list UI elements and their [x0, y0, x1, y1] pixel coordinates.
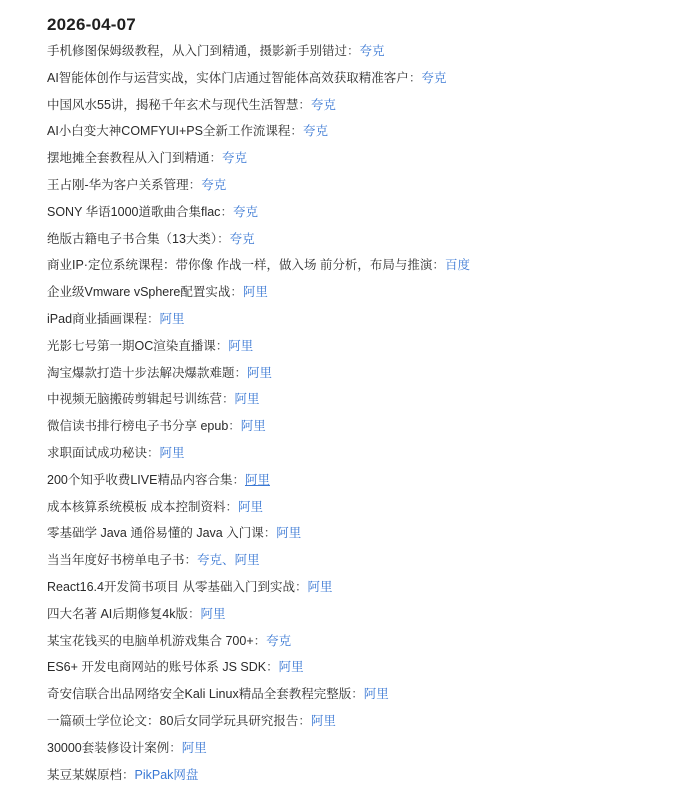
resource-title: 手机修图保姆级教程，从入门到精通，摄影新手别错过 [47, 44, 347, 58]
list-item: 中视频无脑搬砖剪辑起号训练营：阿里 [47, 386, 691, 413]
separator: ： [188, 607, 201, 621]
list-item: 手机修图保姆级教程，从入门到精通，摄影新手别错过：夸克 [47, 38, 691, 65]
separator: ： [347, 44, 360, 58]
separator: ： [266, 660, 279, 674]
resource-title: 光影七号第一期OC渲染直播课 [47, 339, 216, 353]
list-item: SONY 华语1000道歌曲合集flac：夸克 [47, 199, 691, 226]
list-item: 中国风水55讲，揭秘千年玄术与现代生活智慧：夸克 [47, 92, 691, 119]
resource-title: 某豆某媒原档 [47, 768, 122, 782]
list-item: 当当年度好书榜单电子书：夸克、阿里 [47, 547, 691, 574]
download-link[interactable]: 阿里 [160, 446, 185, 460]
resource-title: 绝版古籍电子书合集（13大类） [47, 232, 217, 246]
resource-title: AI智能体创作与运营实战，实体门店通过智能体高效获取精准客户 [47, 71, 409, 85]
separator: ： [432, 258, 445, 272]
separator: ： [122, 768, 135, 782]
resource-title: AI小白变大神COMFYUI+PS全新工作流课程 [47, 124, 290, 138]
separator: ： [264, 526, 277, 540]
resource-title: SONY 华语1000道歌曲合集flac [47, 205, 220, 219]
download-link[interactable]: 阿里 [201, 607, 226, 621]
separator: ： [217, 232, 230, 246]
resource-title: 一篇硕士学位论文：80后女同学玩具研究报告 [47, 714, 298, 728]
separator: ： [409, 71, 422, 85]
separator: ： [222, 392, 235, 406]
list-item: 成本核算系统模板 成本控制资料：阿里 [47, 494, 691, 521]
download-link[interactable]: 夸克 [421, 71, 446, 85]
download-link[interactable]: 阿里 [235, 392, 260, 406]
resource-title: 成本核算系统模板 成本控制资料 [47, 500, 225, 514]
separator: ： [210, 151, 223, 165]
download-link[interactable]: 阿里 [160, 312, 185, 326]
resource-title: 企业级Vmware vSphere配置实战 [47, 285, 230, 299]
download-link[interactable]: 阿里 [238, 500, 263, 514]
list-item: AI智能体创作与运营实战，实体门店通过智能体高效获取精准客户：夸克 [47, 65, 691, 92]
download-link[interactable]: 阿里 [311, 714, 336, 728]
download-link[interactable]: PikPak网盘 [135, 768, 199, 782]
list-item: 绝版古籍电子书合集（13大类）：夸克 [47, 226, 691, 253]
link-joiner: 、 [222, 553, 235, 567]
separator: ： [235, 366, 248, 380]
resource-title: 零基础学 Java 通俗易懂的 Java 入门课 [47, 526, 264, 540]
download-link[interactable]: 阿里 [241, 419, 266, 433]
date-heading: 2026-04-07 [47, 12, 691, 38]
resource-title: React16.4开发简书项目 从零基础入门到实战 [47, 580, 295, 594]
separator: ： [220, 205, 233, 219]
resource-title: 200个知乎收费LIVE精品内容合集 [47, 473, 232, 487]
resource-list: 手机修图保姆级教程，从入门到精通，摄影新手别错过：夸克AI智能体创作与运营实战，… [47, 38, 691, 788]
list-item: 200个知乎收费LIVE精品内容合集：阿里 [47, 467, 691, 494]
list-item: 企业级Vmware vSphere配置实战：阿里 [47, 279, 691, 306]
resource-title: 微信读书排行榜电子书分享 epub [47, 419, 228, 433]
list-item: 零基础学 Java 通俗易懂的 Java 入门课：阿里 [47, 520, 691, 547]
resource-title: 求职面试成功秘诀 [47, 446, 147, 460]
separator: ： [295, 580, 308, 594]
download-link[interactable]: 阿里 [245, 473, 270, 487]
download-link[interactable]: 夸克 [201, 178, 226, 192]
separator: ： [298, 714, 311, 728]
list-item: 淘宝爆款打造十步法解决爆款难题：阿里 [47, 360, 691, 387]
separator: ： [228, 419, 241, 433]
list-item: 某宝花钱买的电脑单机游戏集合 700+：夸克 [47, 628, 691, 655]
resource-list-page: 2026-04-07 手机修图保姆级教程，从入门到精通，摄影新手别错过：夸克AI… [0, 0, 691, 788]
separator: ： [185, 553, 198, 567]
separator: ： [290, 124, 303, 138]
list-item: 奇安信联合出品网络安全Kali Linux精品全套教程完整版：阿里 [47, 681, 691, 708]
download-link[interactable]: 夸克 [233, 205, 258, 219]
download-link[interactable]: 夸克 [360, 44, 385, 58]
resource-title: 30000套装修设计案例 [47, 741, 169, 755]
resource-title: 摆地摊全套教程从入门到精通 [47, 151, 210, 165]
resource-title: ES6+ 开发电商网站的账号体系 JS SDK [47, 660, 266, 674]
separator: ： [216, 339, 229, 353]
list-item: 微信读书排行榜电子书分享 epub：阿里 [47, 413, 691, 440]
separator: ： [147, 312, 160, 326]
separator: ： [189, 178, 202, 192]
download-link[interactable]: 阿里 [279, 660, 304, 674]
list-item: 商业IP·定位系统课程：带你像 作战一样，做入场 前分析，布局与推演：百度 [47, 252, 691, 279]
list-item: 30000套装修设计案例：阿里 [47, 735, 691, 762]
separator: ： [254, 634, 267, 648]
download-link[interactable]: 阿里 [364, 687, 389, 701]
download-link[interactable]: 夸克 [197, 553, 222, 567]
resource-title: 奇安信联合出品网络安全Kali Linux精品全套教程完整版 [47, 687, 351, 701]
list-item: 一篇硕士学位论文：80后女同学玩具研究报告：阿里 [47, 708, 691, 735]
list-item: 四大名著 AI后期修复4k版：阿里 [47, 601, 691, 628]
download-link[interactable]: 夸克 [303, 124, 328, 138]
download-link[interactable]: 夸克 [230, 232, 255, 246]
resource-title: iPad商业插画课程 [47, 312, 147, 326]
resource-title: 商业IP·定位系统课程：带你像 作战一样，做入场 前分析，布局与推演 [47, 258, 432, 272]
download-link[interactable]: 百度 [445, 258, 470, 272]
download-link[interactable]: 阿里 [243, 285, 268, 299]
list-item: 某豆某媒原档：PikPak网盘 [47, 762, 691, 789]
resource-title: 中国风水55讲，揭秘千年玄术与现代生活智慧 [47, 98, 298, 112]
download-link[interactable]: 夸克 [311, 98, 336, 112]
download-link[interactable]: 夸克 [266, 634, 291, 648]
separator: ： [169, 741, 182, 755]
separator: ： [351, 687, 364, 701]
resource-title: 当当年度好书榜单电子书 [47, 553, 185, 567]
download-link[interactable]: 阿里 [307, 580, 332, 594]
download-link[interactable]: 阿里 [182, 741, 207, 755]
list-item: React16.4开发简书项目 从零基础入门到实战：阿里 [47, 574, 691, 601]
download-link[interactable]: 阿里 [276, 526, 301, 540]
list-item: 摆地摊全套教程从入门到精通：夸克 [47, 145, 691, 172]
download-link[interactable]: 阿里 [235, 553, 260, 567]
resource-title: 中视频无脑搬砖剪辑起号训练营 [47, 392, 222, 406]
list-item: ES6+ 开发电商网站的账号体系 JS SDK：阿里 [47, 654, 691, 681]
download-link[interactable]: 阿里 [228, 339, 253, 353]
resource-title: 四大名著 AI后期修复4k版 [47, 607, 188, 621]
separator: ： [298, 98, 311, 112]
separator: ： [225, 500, 238, 514]
list-item: 求职面试成功秘诀：阿里 [47, 440, 691, 467]
list-item: 王占刚-华为客户关系管理：夸克 [47, 172, 691, 199]
list-item: iPad商业插画课程：阿里 [47, 306, 691, 333]
list-item: 光影七号第一期OC渲染直播课：阿里 [47, 333, 691, 360]
separator: ： [147, 446, 160, 460]
download-link[interactable]: 阿里 [247, 366, 272, 380]
resource-title: 某宝花钱买的电脑单机游戏集合 700+ [47, 634, 254, 648]
separator: ： [232, 473, 245, 487]
resource-title: 淘宝爆款打造十步法解决爆款难题 [47, 366, 235, 380]
list-item: AI小白变大神COMFYUI+PS全新工作流课程：夸克 [47, 118, 691, 145]
resource-title: 王占刚-华为客户关系管理 [47, 178, 189, 192]
download-link[interactable]: 夸克 [222, 151, 247, 165]
separator: ： [230, 285, 243, 299]
